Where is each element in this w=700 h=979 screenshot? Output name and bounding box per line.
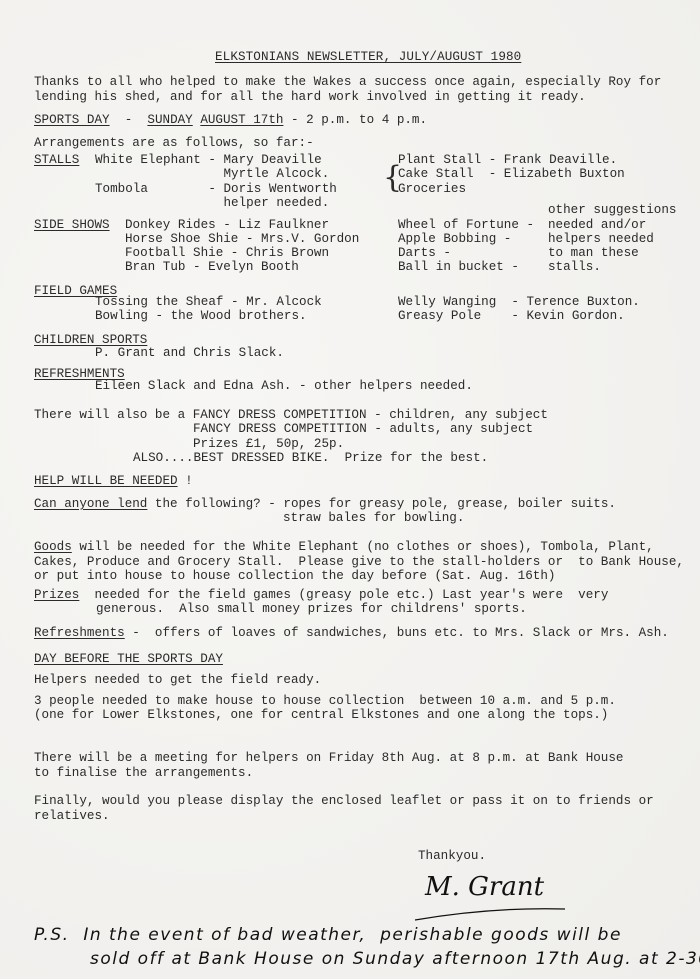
side-shows-mid-4: Ball in bucket - xyxy=(398,260,519,275)
side-shows-left-1: Donkey Rides - Liz Faulkner xyxy=(125,218,329,233)
meeting-line-1: There will be a meeting for helpers on F… xyxy=(34,751,623,766)
stalls-left-2: Myrtle Alcock. xyxy=(95,167,329,182)
fancy-dress-line-4: ALSO....BEST DRESSED BIKE. Prize for the… xyxy=(133,451,488,466)
goods-text-1: will be needed for the White Elephant (n… xyxy=(72,540,654,554)
side-shows-left-3: Football Shie - Chris Brown xyxy=(125,246,329,261)
side-shows-heading: SIDE SHOWS xyxy=(34,218,110,233)
goods-line-2: Cakes, Produce and Grocery Stall. Please… xyxy=(34,555,684,570)
side-shows-note-2: needed and/or xyxy=(548,218,646,233)
refreshments-text: Eileen Slack and Edna Ash. - other helpe… xyxy=(95,379,473,394)
side-shows-mid-3: Darts - xyxy=(398,246,451,261)
goods-line-3: or put into house to house collection th… xyxy=(34,569,555,584)
field-games-right-1: Welly Wanging - Terence Buxton. xyxy=(398,295,640,310)
stalls-left-4: helper needed. xyxy=(95,196,329,211)
sports-day-line: SPORTS DAY - SUNDAY AUGUST 17th - 2 p.m.… xyxy=(34,113,427,128)
fancy-dress-line-3: Prizes £1, 50p, 25p. xyxy=(193,437,344,452)
help-heading: HELP WILL BE NEEDED xyxy=(34,474,178,488)
refreshments-offers-text: - offers of loaves of sandwiches, buns e… xyxy=(125,626,669,640)
side-shows-note-1: other suggestions xyxy=(548,203,676,218)
finally-line-1: Finally, would you please display the en… xyxy=(34,794,654,809)
help-exclamation: ! xyxy=(178,474,193,488)
fancy-dress-line-1: There will also be a FANCY DRESS COMPETI… xyxy=(34,408,548,423)
side-shows-mid-1: Wheel of Fortune - xyxy=(398,218,534,233)
intro-line-1: Thanks to all who helped to make the Wak… xyxy=(34,75,661,90)
meeting-line-2: to finalise the arrangements. xyxy=(34,766,253,781)
prizes-text-1: needed for the field games (greasy pole … xyxy=(79,588,608,602)
stalls-left-1: White Elephant - Mary Deaville xyxy=(95,153,322,168)
closing-thankyou: Thankyou. xyxy=(418,849,486,864)
prizes-label: Prizes xyxy=(34,588,79,602)
signature: M. Grant xyxy=(425,880,544,895)
refreshments-offers-label: Refreshments xyxy=(34,626,125,640)
stalls-right-2: Cake Stall - Elizabeth Buxton xyxy=(398,167,625,182)
prizes-line-2: generous. Also small money prizes for ch… xyxy=(96,602,527,617)
newsletter-page: ELKSTONIANS NEWSLETTER, JULY/AUGUST 1980… xyxy=(0,0,700,979)
side-shows-mid-2: Apple Bobbing - xyxy=(398,232,511,247)
lend-line-1: Can anyone lend the following? - ropes f… xyxy=(34,497,616,512)
arrangements-intro: Arrangements are as follows, so far:- xyxy=(34,136,314,151)
refreshments-offers-line: Refreshments - offers of loaves of sandw… xyxy=(34,626,669,641)
prizes-line-1: Prizes needed for the field games (greas… xyxy=(34,588,608,603)
ps-line-1: P.S. In the event of bad weather, perish… xyxy=(34,928,622,943)
lend-label: Can anyone lend xyxy=(34,497,147,511)
day-before-heading: DAY BEFORE THE SPORTS DAY xyxy=(34,652,223,667)
stalls-right-3: Groceries xyxy=(398,182,466,197)
field-games-left-2: Bowling - the Wood brothers. xyxy=(95,309,307,324)
intro-line-2: lending his shed, and for all the hard w… xyxy=(34,90,586,105)
stalls-left-3: Tombola - Doris Wentworth xyxy=(95,182,337,197)
finally-line-2: relatives. xyxy=(34,809,110,824)
side-shows-note-4: to man these xyxy=(548,246,639,261)
sports-day-weekday: SUNDAY xyxy=(147,113,192,127)
fancy-dress-line-2: FANCY DRESS COMPETITION - adults, any su… xyxy=(193,422,533,437)
day-before-line-3: (one for Lower Elkstones, one for centra… xyxy=(34,708,608,723)
ps-line-2: sold off at Bank House on Sunday afterno… xyxy=(90,952,700,967)
day-before-line-2: 3 people needed to make house to house c… xyxy=(34,694,616,709)
side-shows-left-4: Bran Tub - Evelyn Booth xyxy=(125,260,299,275)
side-shows-note-3: helpers needed xyxy=(548,232,654,247)
side-shows-note-5: stalls. xyxy=(548,260,601,275)
sports-day-sep: - xyxy=(125,113,133,127)
newsletter-title: ELKSTONIANS NEWSLETTER, JULY/AUGUST 1980 xyxy=(215,50,521,65)
field-games-left-1: Tossing the Sheaf - Mr. Alcock xyxy=(95,295,322,310)
sports-day-label: SPORTS DAY xyxy=(34,113,110,127)
lend-text: the following? - ropes for greasy pole, … xyxy=(147,497,616,511)
stalls-right-1: Plant Stall - Frank Deaville. xyxy=(398,153,617,168)
stalls-heading: STALLS xyxy=(34,153,79,168)
day-before-line-1: Helpers needed to get the field ready. xyxy=(34,673,321,688)
help-heading-line: HELP WILL BE NEEDED ! xyxy=(34,474,193,489)
lend-line-2: straw bales for bowling. xyxy=(283,511,464,526)
signature-stroke-icon xyxy=(410,905,570,925)
side-shows-left-2: Horse Shoe Shie - Mrs.V. Gordon xyxy=(125,232,359,247)
field-games-right-2: Greasy Pole - Kevin Gordon. xyxy=(398,309,625,324)
sports-day-time: - 2 p.m. to 4 p.m. xyxy=(291,113,427,127)
sports-day-date: AUGUST 17th xyxy=(200,113,283,127)
goods-line-1: Goods will be needed for the White Eleph… xyxy=(34,540,654,555)
goods-label: Goods xyxy=(34,540,72,554)
children-sports-text: P. Grant and Chris Slack. xyxy=(95,346,284,361)
